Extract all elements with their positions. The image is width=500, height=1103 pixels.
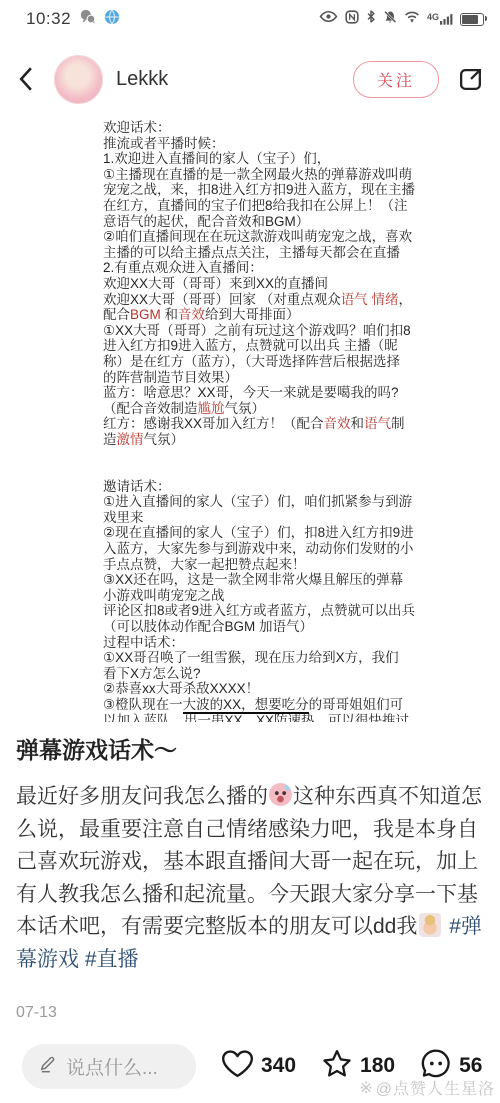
photo-text-line: 称）是在红方（蓝方），（大哥选择阵营后根据选择 bbox=[103, 354, 500, 370]
photo-text-line bbox=[103, 447, 500, 463]
photo-text-line: 过程中话术： bbox=[103, 635, 500, 651]
photo-text-line: （可以肢体动作配合BGM 加语气） bbox=[103, 619, 500, 635]
photo-text-line: 意语气的起伏，配合音效和BGM） bbox=[103, 214, 500, 230]
photo-text-line: ①XX哥召唤了一组雪猴，现在压力给到X方，我们 bbox=[103, 650, 500, 666]
share-button[interactable] bbox=[457, 66, 484, 93]
wechat-icon bbox=[79, 9, 96, 29]
signal-4g-icon: 4G bbox=[427, 13, 453, 25]
photo-text-line: ②恭喜xx大哥杀敌XXXX！ bbox=[103, 681, 500, 697]
comment-count: 56 bbox=[459, 1054, 482, 1078]
photo-text-line: 邀请话术： bbox=[103, 479, 500, 495]
hashtag-link[interactable]: #直播 bbox=[85, 948, 139, 971]
avatar[interactable] bbox=[54, 55, 103, 104]
photo-text-line: 欢迎话术： bbox=[103, 120, 500, 136]
status-bar: 10:32 4G bbox=[0, 0, 500, 34]
photo-text-line: 的阵营制造节目效果） bbox=[103, 370, 500, 386]
photo-text-line: 配合BGM 和音效给到大哥排面） bbox=[103, 307, 500, 323]
photo-text-line: ③XX还在吗，这是一款全网非常火爆且解压的弹幕 bbox=[103, 572, 500, 588]
wifi-icon bbox=[404, 10, 420, 28]
photo-text-line: ②现在直播间的家人（宝子）们，扣8进入红方扣9进 bbox=[103, 525, 500, 541]
photo-text-line: 手点点赞，大家一起把赞点起来！ bbox=[103, 557, 500, 573]
photo-text-line: 看下X方怎么说? bbox=[103, 666, 500, 682]
photo-text-line: 推流或者平播时候： bbox=[103, 136, 500, 152]
battery-icon bbox=[460, 13, 484, 26]
photo-text-line: 宠宠之战，来，扣8进入红方扣9进入蓝方，现在主播 bbox=[103, 182, 500, 198]
photo-text-line: ①进入直播间的家人（宝子）们，咱们抓紧参与到游 bbox=[103, 494, 500, 510]
photo-text-line: 进入红方扣9进入蓝方，点赞就可以出兵 主播（昵 bbox=[103, 338, 500, 354]
photo-text-line: 小游戏叫萌宠宠之战 bbox=[103, 588, 500, 604]
photo-text-line: 2.有重点观众进入直播间： bbox=[103, 260, 500, 276]
post-header: Lekkk 关注 bbox=[0, 34, 500, 112]
photo-text-line: 入蓝方，大家先参与到游戏中来，动动你们发财的小 bbox=[103, 541, 500, 557]
photo-text-line: 以加入蓝队，出一串XX，XX防速热，可以很快推过 bbox=[103, 713, 500, 722]
photo-text-line: 欢迎XX大哥（哥哥）来到XX的直播间 bbox=[103, 276, 500, 292]
username[interactable]: Lekkk bbox=[116, 68, 168, 91]
post-content: 弹幕游戏话术～ 最近好多朋友问我怎么播的这种东西真不知道怎么说，最重要注意自己情… bbox=[0, 732, 500, 1022]
girl-sticker bbox=[419, 913, 441, 937]
photo-text-line: ③橙队现在一大波的XX，想要吃分的哥哥姐姐们可 bbox=[103, 697, 500, 713]
photo-text: 欢迎话术：推流或者平播时候：1.欢迎进入直播间的家人（宝子）们，①主播现在直播的… bbox=[103, 120, 500, 722]
star-icon bbox=[321, 1049, 353, 1084]
photo-text-line: 戏里来 bbox=[103, 510, 500, 526]
pink-face-sticker bbox=[269, 783, 292, 806]
photo-text-line: （配合音效制造尴尬气氛） bbox=[103, 401, 500, 417]
bluetooth-icon bbox=[366, 9, 376, 29]
back-button[interactable] bbox=[18, 66, 38, 92]
heart-icon bbox=[221, 1049, 254, 1084]
photo-text-line: 蓝方：啥意思？XX哥，今天一来就是要噶我的吗? bbox=[103, 385, 500, 401]
nfc-icon bbox=[345, 10, 359, 29]
photo-text-line bbox=[103, 463, 500, 479]
photo-text-line: ①XX大哥（哥哥）之前有玩过这个游戏吗？咱们扣8 bbox=[103, 323, 500, 339]
follow-button[interactable]: 关注 bbox=[353, 61, 439, 98]
photo-text-line: 评论区扣8或者9进入红方或者蓝方，点赞就可以出兵 bbox=[103, 603, 500, 619]
watermark-logo-icon: ※ bbox=[359, 1078, 373, 1098]
photo-text-line: 在红方，直播间的宝子们把8给我扣在公屏上！（注 bbox=[103, 198, 500, 214]
photo-text-line: 红方：感谢我XX哥加入红方！（配合音效和语气制 bbox=[103, 416, 500, 432]
pencil-icon bbox=[38, 1054, 57, 1078]
comment-placeholder: 说点什么... bbox=[66, 1053, 158, 1080]
eye-icon bbox=[319, 10, 338, 28]
post-title: 弹幕游戏话术～ bbox=[16, 732, 484, 765]
photo-text-line: 主播的可以给主播点点关注，主播每天都会在直播 bbox=[103, 245, 500, 261]
like-count: 340 bbox=[261, 1054, 296, 1078]
watermark: ※ @点赞人生星洛 bbox=[359, 1076, 495, 1099]
like-button[interactable]: 340 bbox=[221, 1049, 296, 1084]
comment-input[interactable]: 说点什么... bbox=[22, 1044, 196, 1089]
photo-text-line: 造激情气氛） bbox=[103, 432, 500, 448]
photo-text-line: ②咱们直播间现在在玩这款游戏叫萌宠宠之战，喜欢 bbox=[103, 229, 500, 245]
photo-text-line: 欢迎XX大哥（哥哥）回家 （对重点观众语气 情绪， bbox=[103, 292, 500, 308]
network-label: 4G bbox=[427, 12, 439, 22]
photo-text-line: 1.欢迎进入直播间的家人（宝子）们， bbox=[103, 151, 500, 167]
status-time: 10:32 bbox=[26, 9, 71, 29]
post-date: 07-13 bbox=[16, 1004, 484, 1022]
photo-image[interactable]: 欢迎话术：推流或者平播时候：1.欢迎进入直播间的家人（宝子）们，①主播现在直播的… bbox=[0, 118, 500, 722]
collect-count: 180 bbox=[360, 1054, 395, 1078]
photo-text-line: ①主播现在直播的是一款全网最火热的弹幕游戏叫萌 bbox=[103, 167, 500, 183]
post-body: 最近好多朋友问我怎么播的这种东西真不知道怎么说，最重要注意自己情绪感染力吧，我是… bbox=[16, 781, 484, 976]
bell-muted-icon bbox=[383, 10, 397, 29]
browser-globe-icon bbox=[104, 9, 120, 30]
watermark-text: @点赞人生星洛 bbox=[376, 1076, 495, 1099]
